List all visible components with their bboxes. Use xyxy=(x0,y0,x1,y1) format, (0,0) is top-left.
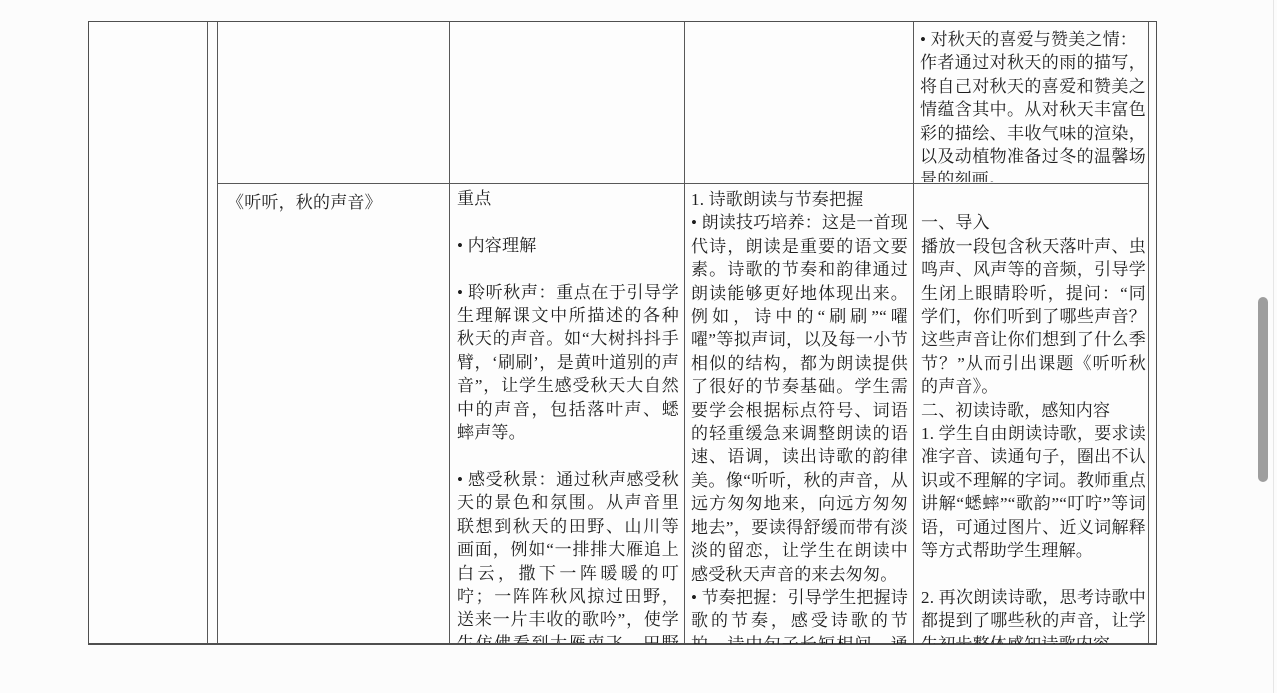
table-border-left-inner xyxy=(207,22,208,643)
scrollbar-thumb[interactable] xyxy=(1258,297,1268,482)
scrollbar-track[interactable] xyxy=(1273,0,1274,693)
lesson-plan-table: • 对秋天的喜爱与赞美之情： 作者通过对秋天的雨的描写，将自己对秋天的喜爱和赞美… xyxy=(88,21,1157,645)
table-border-right-inner xyxy=(1148,22,1149,643)
table-row-divider xyxy=(217,183,1148,184)
document-viewer-page: • 对秋天的喜爱与赞美之情： 作者通过对秋天的雨的描写，将自己对秋天的喜爱和赞美… xyxy=(0,0,1277,693)
cell-key-points: 重点 • 内容理解 • 聆听秋声：重点在于引导学生理解课文中所描述的各种秋天的声… xyxy=(457,187,679,643)
table-border-col4-right xyxy=(913,22,914,643)
cell-teaching-process: 一、导入 播放一段包含秋天落叶声、虫鸣声、风声等的音频，引导学生闭上眼睛聆听，提… xyxy=(921,188,1146,644)
table-border-col3-right xyxy=(684,22,685,643)
cell-emotion-analysis: • 对秋天的喜爱与赞美之情： 作者通过对秋天的雨的描写，将自己对秋天的喜爱和赞美… xyxy=(920,28,1146,182)
table-border-col2-right xyxy=(449,22,450,643)
table-border-col2-left xyxy=(217,22,218,643)
cell-reading-guidance: 1. 诗歌朗读与节奏把握 • 朗读技巧培养：这是一首现代诗，朗读是重要的语文要素… xyxy=(691,188,908,644)
cell-lesson-title: 《听听，秋的声音》 xyxy=(227,191,441,231)
